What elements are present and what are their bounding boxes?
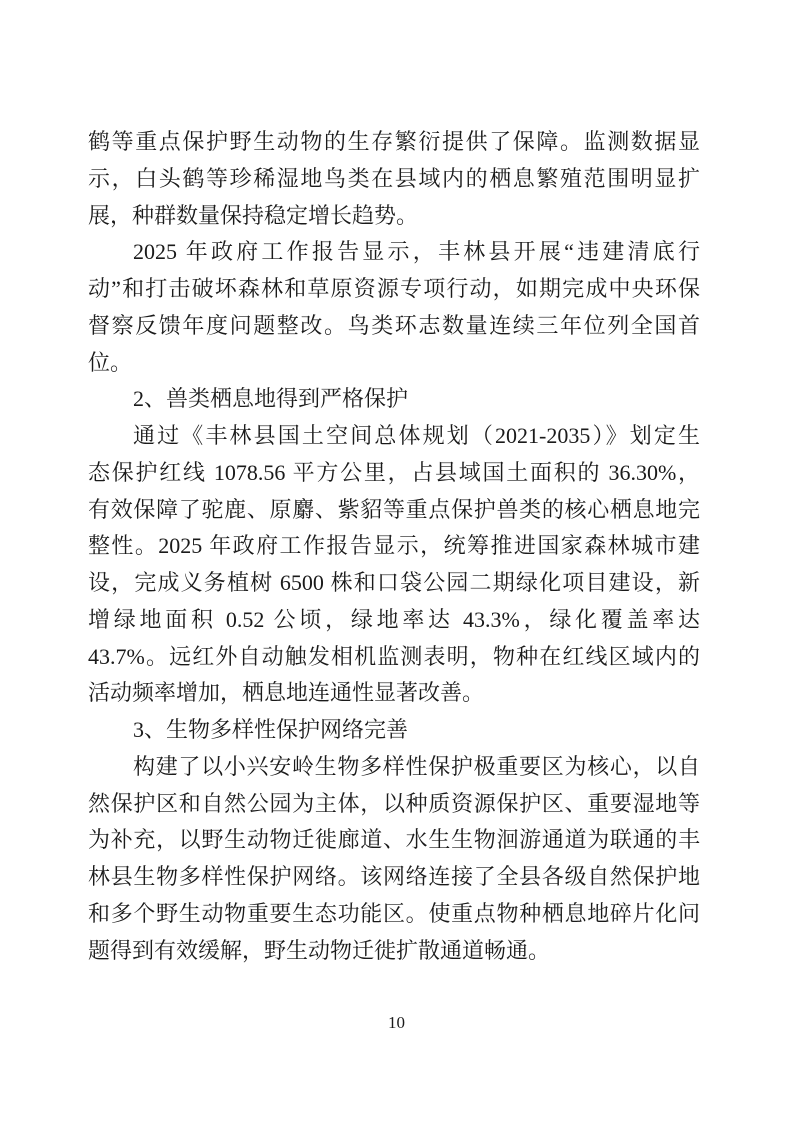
text-line: 示，白头鹤等珍稀湿地鸟类在县域内的栖息繁殖范围明显扩: [88, 161, 700, 198]
text-line: 展，种群数量保持稳定增长趋势。: [88, 198, 700, 235]
text-line: 整性。2025 年政府工作报告显示，统筹推进国家森林城市建: [88, 528, 700, 565]
text-line: 2025 年政府工作报告显示，丰林县开展“违建清底行: [88, 234, 700, 271]
text-line: 活动频率增加，栖息地连通性显著改善。: [88, 675, 700, 712]
text-line: 43.7%。远红外自动触发相机监测表明，物种在红线区域内的: [88, 639, 700, 676]
text-line: 督察反馈年度问题整改。鸟类环志数量连续三年位列全国首: [88, 308, 700, 345]
text-line: 然保护区和自然公园为主体，以种质资源保护区、重要湿地等: [88, 786, 700, 823]
section-heading: 3、生物多样性保护网络完善: [88, 712, 700, 749]
text-line: 为补充，以野生动物迁徙廊道、水生生物洄游通道为联通的丰: [88, 822, 700, 859]
text-line: 林县生物多样性保护网络。该网络连接了全县各级自然保护地: [88, 859, 700, 896]
text-line: 通过《丰林县国土空间总体规划（2021-2035）》划定生: [88, 418, 700, 455]
page-number: 10: [0, 1013, 793, 1033]
document-body: 鹤等重点保护野生动物的生存繁衍提供了保障。监测数据显 示，白头鹤等珍稀湿地鸟类在…: [88, 124, 700, 969]
section-heading: 2、兽类栖息地得到严格保护: [88, 381, 700, 418]
text-line: 设，完成义务植树 6500 株和口袋公园二期绿化项目建设，新: [88, 565, 700, 602]
text-line: 动”和打击破坏森林和草原资源专项行动，如期完成中央环保: [88, 271, 700, 308]
text-line: 构建了以小兴安岭生物多样性保护极重要区为核心，以自: [88, 749, 700, 786]
text-line: 态保护红线 1078.56 平方公里，占县域国土面积的 36.30%，: [88, 455, 700, 492]
text-line: 和多个野生动物重要生态功能区。使重点物种栖息地碎片化问: [88, 896, 700, 933]
document-page: 鹤等重点保护野生动物的生存繁衍提供了保障。监测数据显 示，白头鹤等珍稀湿地鸟类在…: [0, 0, 793, 1122]
text-line: 有效保障了驼鹿、原麝、紫貂等重点保护兽类的核心栖息地完: [88, 492, 700, 529]
text-line: 位。: [88, 345, 700, 382]
text-line: 题得到有效缓解，野生动物迁徙扩散通道畅通。: [88, 933, 700, 970]
text-line: 鹤等重点保护野生动物的生存繁衍提供了保障。监测数据显: [88, 124, 700, 161]
text-line: 增绿地面积 0.52 公顷，绿地率达 43.3%，绿化覆盖率达: [88, 602, 700, 639]
